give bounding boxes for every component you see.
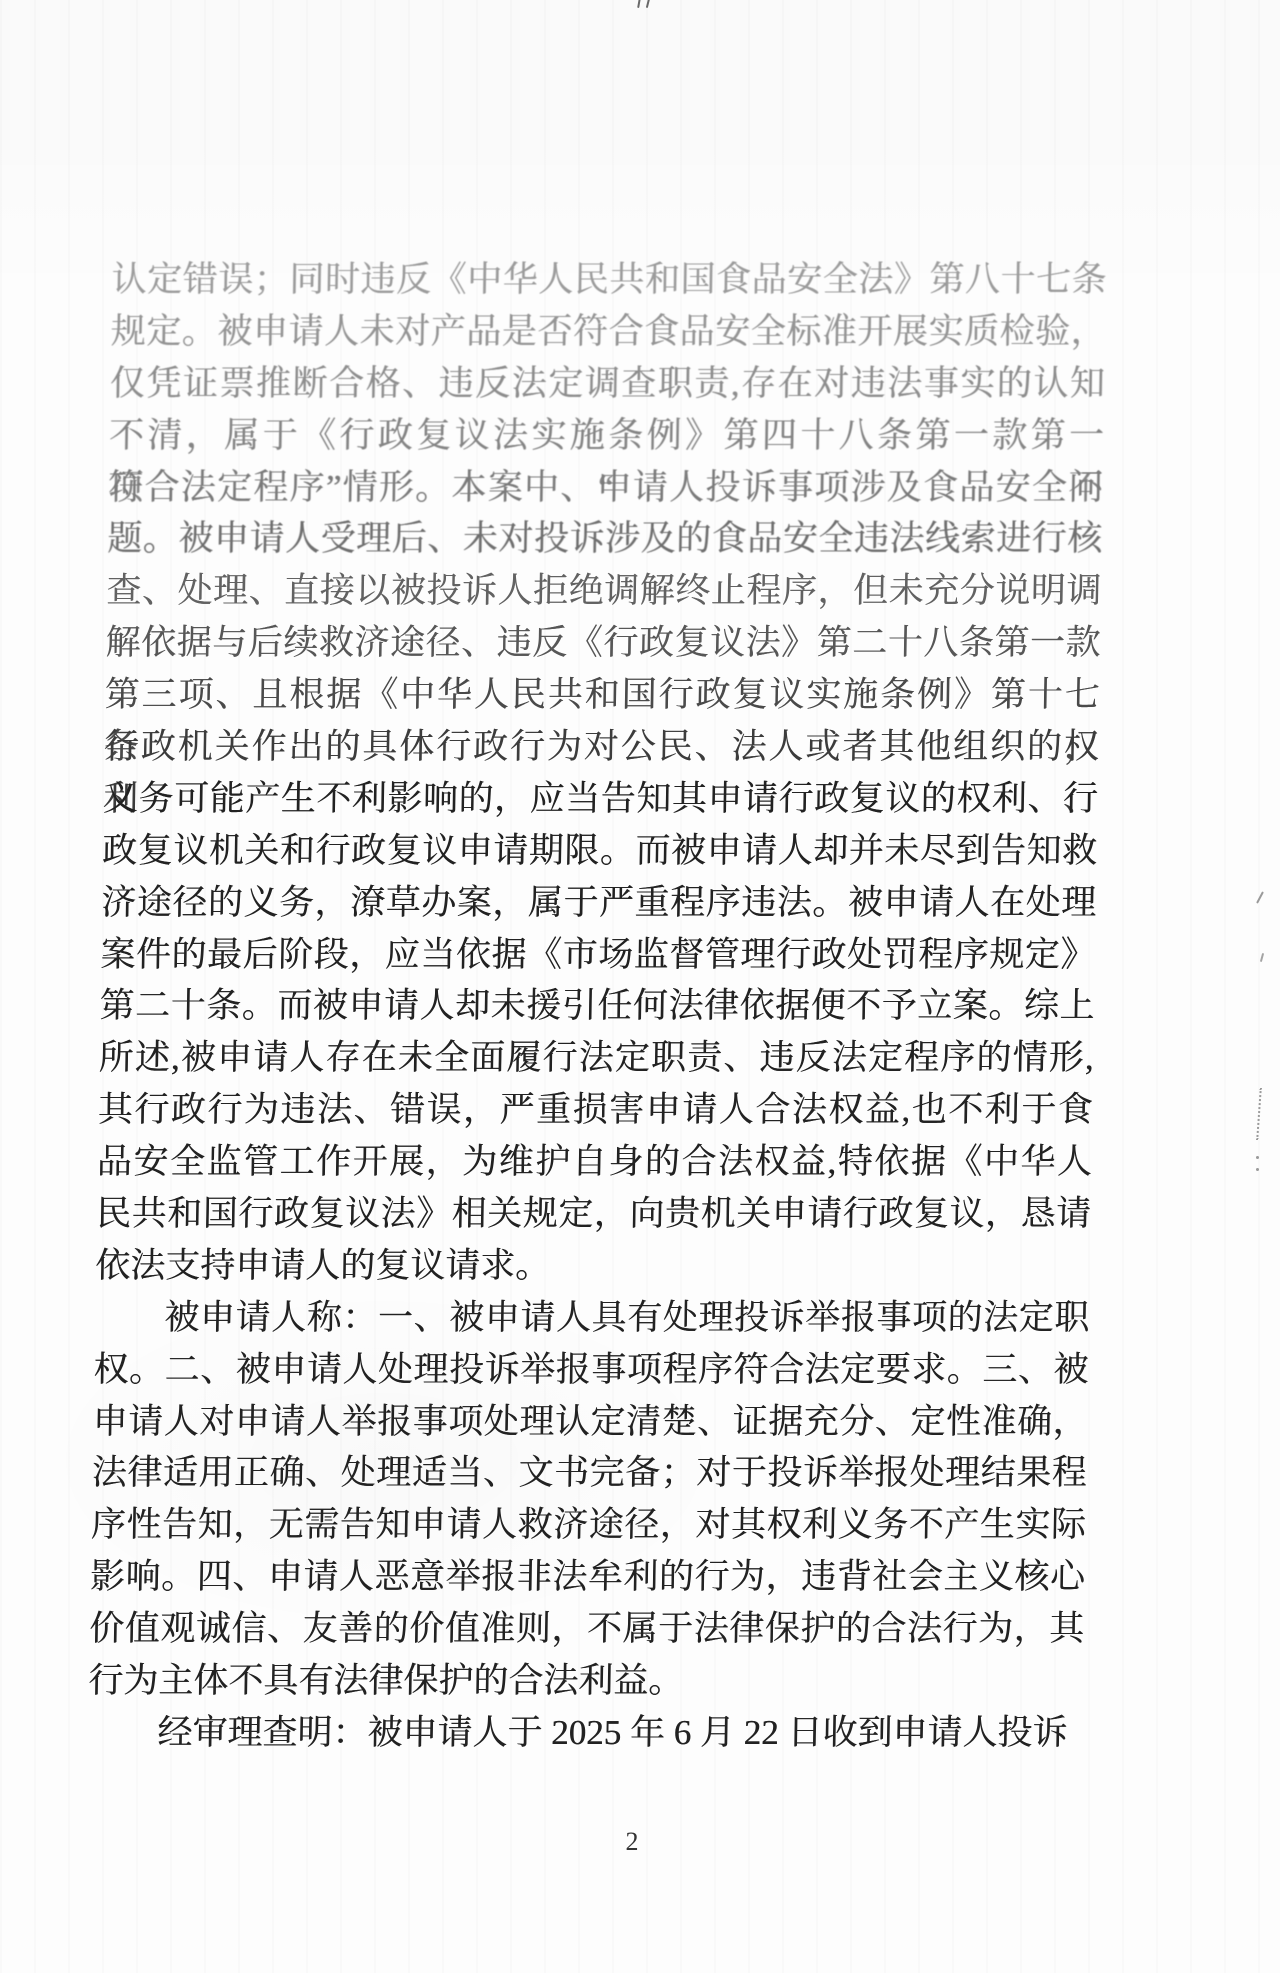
text-line: 被申请人称：一、被申请人具有处理投诉举报事项的法定职 <box>94 1292 1090 1344</box>
text-line: 规定。被申请人未对产品是否符合食品安全标准开展实质检验， <box>110 306 1106 358</box>
text-line: 政复议机关和行政复议申请期限。而被申请人却并未尽到告知救 <box>102 825 1098 877</box>
text-line: 第三项、且根据《中华人民共和国行政复议实施条例》第十七条， <box>104 669 1100 721</box>
text-line: 依法支持申请人的复议请求。 <box>95 1240 1091 1292</box>
text-line: 义务可能产生不利影响的，应当告知其申请行政复议的权利、行 <box>103 773 1099 825</box>
page-number: 2 <box>610 1827 654 1857</box>
text-line: 所述,被申请人存在未全面履行法定职责、违反法定程序的情形, <box>98 1032 1094 1084</box>
text-line: 济途径的义务，潦草办案，属于严重程序违法。被申请人在处理 <box>101 877 1097 929</box>
text-line: 仅凭证票推断合格、违反法定调查职责,存在对违法事实的认知 <box>109 358 1105 410</box>
text-line: 题。被申请人受理后、未对投诉涉及的食品安全违法线索进行核 <box>107 513 1103 565</box>
text-line: 行为主体不具有法律保护的合法利益。 <box>88 1655 1084 1707</box>
text-line: 申请人对申请人举报事项处理认定清楚、证据充分、定性准确， <box>92 1396 1088 1448</box>
text-line: 解依据与后续救济途径、违反《行政复议法》第二十八条第一款 <box>105 617 1101 669</box>
text-line: 其行政行为违法、错误，严重损害申请人合法权益,也不利于食 <box>97 1084 1093 1136</box>
stray-mark-right-squiggle <box>1256 1088 1262 1140</box>
stray-mark-top-ticks <box>636 0 658 12</box>
text-line: 法律适用正确、处理适当、文书完备；对于投诉举报处理结果程 <box>91 1447 1087 1499</box>
document-text-block: 认定错误；同时违反《中华人民共和国食品安全法》第八十七条规定。被申请人未对产品是… <box>87 254 1107 1759</box>
scanned-document-page: 认定错误；同时违反《中华人民共和国食品安全法》第八十七条规定。被申请人未对产品是… <box>0 0 1280 1973</box>
text-line: 查、处理、直接以被投诉人拒绝调解终止程序，但未充分说明调 <box>106 565 1102 617</box>
stray-mark-right-dots <box>1256 1156 1259 1159</box>
text-line: 第二十条。而被申请人却未援引任何法律依据便不予立案。综上 <box>99 980 1095 1032</box>
text-line: 案件的最后阶段，应当依据《市场监督管理行政处罚程序规定》 <box>100 929 1096 981</box>
text-line: 序性告知，无需告知申请人救济途径，对其权利义务不产生实际 <box>90 1499 1086 1551</box>
text-line: 不清，属于《行政复议法实施条例》第四十八条第一款第一项“不 <box>109 410 1105 462</box>
text-line: 符合法定程序”情形。本案中、申请人投诉事项涉及食品安全问 <box>108 462 1104 514</box>
text-line: 价值观诚信、友善的价值准则，不属于法律保护的合法行为，其 <box>89 1603 1085 1655</box>
stray-mark-right-2 <box>1260 953 1264 962</box>
text-line: 权。二、被申请人处理投诉举报事项程序符合法定要求。三、被 <box>93 1344 1089 1396</box>
text-line: 经审理查明：被申请人于 2025 年 6 月 22 日收到申请人投诉 <box>87 1707 1083 1759</box>
stray-mark-right-1 <box>1256 891 1264 903</box>
text-line: 品安全监管工作开展，为维护自身的合法权益,特依据《中华人 <box>97 1136 1093 1188</box>
text-line: 行政机关作出的具体行政行为对公民、法人或者其他组织的权利、 <box>103 721 1099 773</box>
text-line: 影响。四、申请人恶意举报非法牟利的行为，违背社会主义核心 <box>90 1551 1086 1603</box>
text-line: 民共和国行政复议法》相关规定，向贵机关申请行政复议，恳请 <box>96 1188 1092 1240</box>
text-line: 认定错误；同时违反《中华人民共和国食品安全法》第八十七条 <box>111 254 1107 306</box>
